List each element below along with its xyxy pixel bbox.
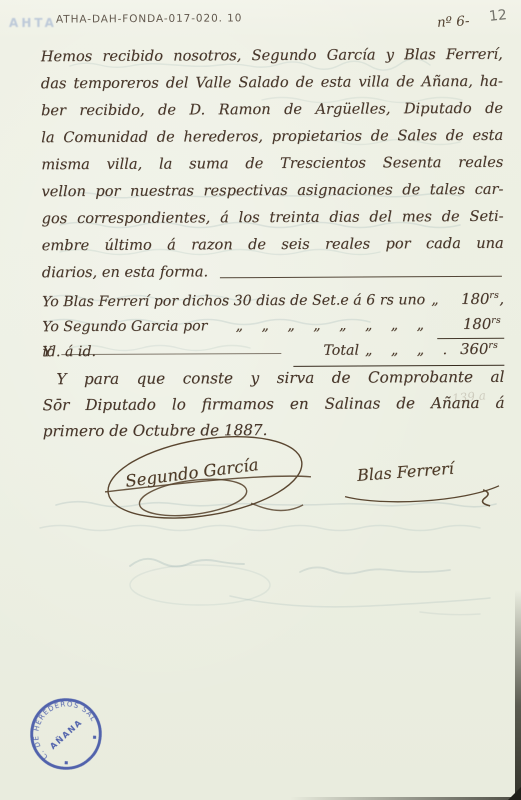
archive-reference-code: ATHA-DAH-FONDA-017-020. 10 <box>56 12 242 25</box>
scan-edge-shadow <box>515 590 521 800</box>
stamp-diamond-icon: ◆ <box>63 759 71 767</box>
ledger-desc: Yo Segundo Garcia por id. á id. <box>42 314 230 365</box>
amounts-ledger: Yo Blas Ferrerí por dichos 30 dias de Se… <box>42 284 504 361</box>
body-line: embre último á razon de seis reales por … <box>42 230 504 259</box>
svg-text:C. DE HEREDEROS SALINAS: C. DE HEREDEROS SALINAS <box>17 685 100 766</box>
total-prefix: Y <box>42 340 52 365</box>
closing-line: Sōr Diputado lo firmamos en Salinas de A… <box>43 390 505 418</box>
document-number: nº 6- <box>437 13 470 31</box>
body-line-text: diarios, en esta forma. <box>42 258 208 286</box>
body-line: Hemos recibido nosotros, Segundo García … <box>41 41 503 70</box>
total-group: Total „ „ „ . 360rs <box>293 334 504 367</box>
heredores-salinas-stamp: C. DE HEREDEROS SALINAS AÑANA ◆ ◆ <box>10 678 123 791</box>
total-dots: „ „ „ . <box>365 338 454 363</box>
signatures-row: Segundo García Blas Ferrerí <box>43 444 506 546</box>
body-line-with-rule: diarios, en esta forma. <box>42 257 504 286</box>
body-line: ber recibido, de D. Ramon de Argüelles, … <box>41 95 503 124</box>
stamp-ring-text: C. DE HEREDEROS SALINAS <box>17 685 100 766</box>
signature-segundo-garcia: Segundo García <box>101 433 315 530</box>
scan-corner-shadow <box>508 787 521 800</box>
stamp-diamond-icon: ◆ <box>91 733 99 741</box>
scanned-document-page: ATHA ATHA-DAH-FONDA-017-020. 10 nº 6- 12… <box>0 0 521 800</box>
body-line: misma villa, la suma de Trescientos Sese… <box>41 149 503 178</box>
ink-rule <box>220 276 502 278</box>
body-line: vellon por nuestras respectivas asignaci… <box>41 176 503 205</box>
stamp-center-text: AÑANA <box>48 717 85 751</box>
body-line: gos correspondientes, á los treinta dias… <box>42 203 504 232</box>
manuscript-text-block: Hemos recibido nosotros, Segundo García … <box>41 41 506 546</box>
mirrored-stamp-bleed-text: ATHA <box>6 16 54 30</box>
ledger-desc: Yo Blas Ferrerí por dichos 30 dias de Se… <box>42 288 425 315</box>
ledger-amount: 180rs, <box>461 284 504 312</box>
body-line: das temporeros del Valle Salado de esta … <box>41 68 503 97</box>
total-amount: 360rs <box>460 334 498 362</box>
body-line: la Comunidad de herederos, propietarios … <box>41 122 503 151</box>
closing-line: Y para que conste y sirva de Comprobante… <box>42 364 504 392</box>
signature-blas-ferreri: Blas Ferrerí <box>343 456 513 519</box>
ledger-row: Yo Blas Ferrerí por dichos 30 dias de Se… <box>42 284 504 311</box>
pencil-folio-number: 12 <box>488 7 507 25</box>
total-label: Total <box>323 338 359 363</box>
